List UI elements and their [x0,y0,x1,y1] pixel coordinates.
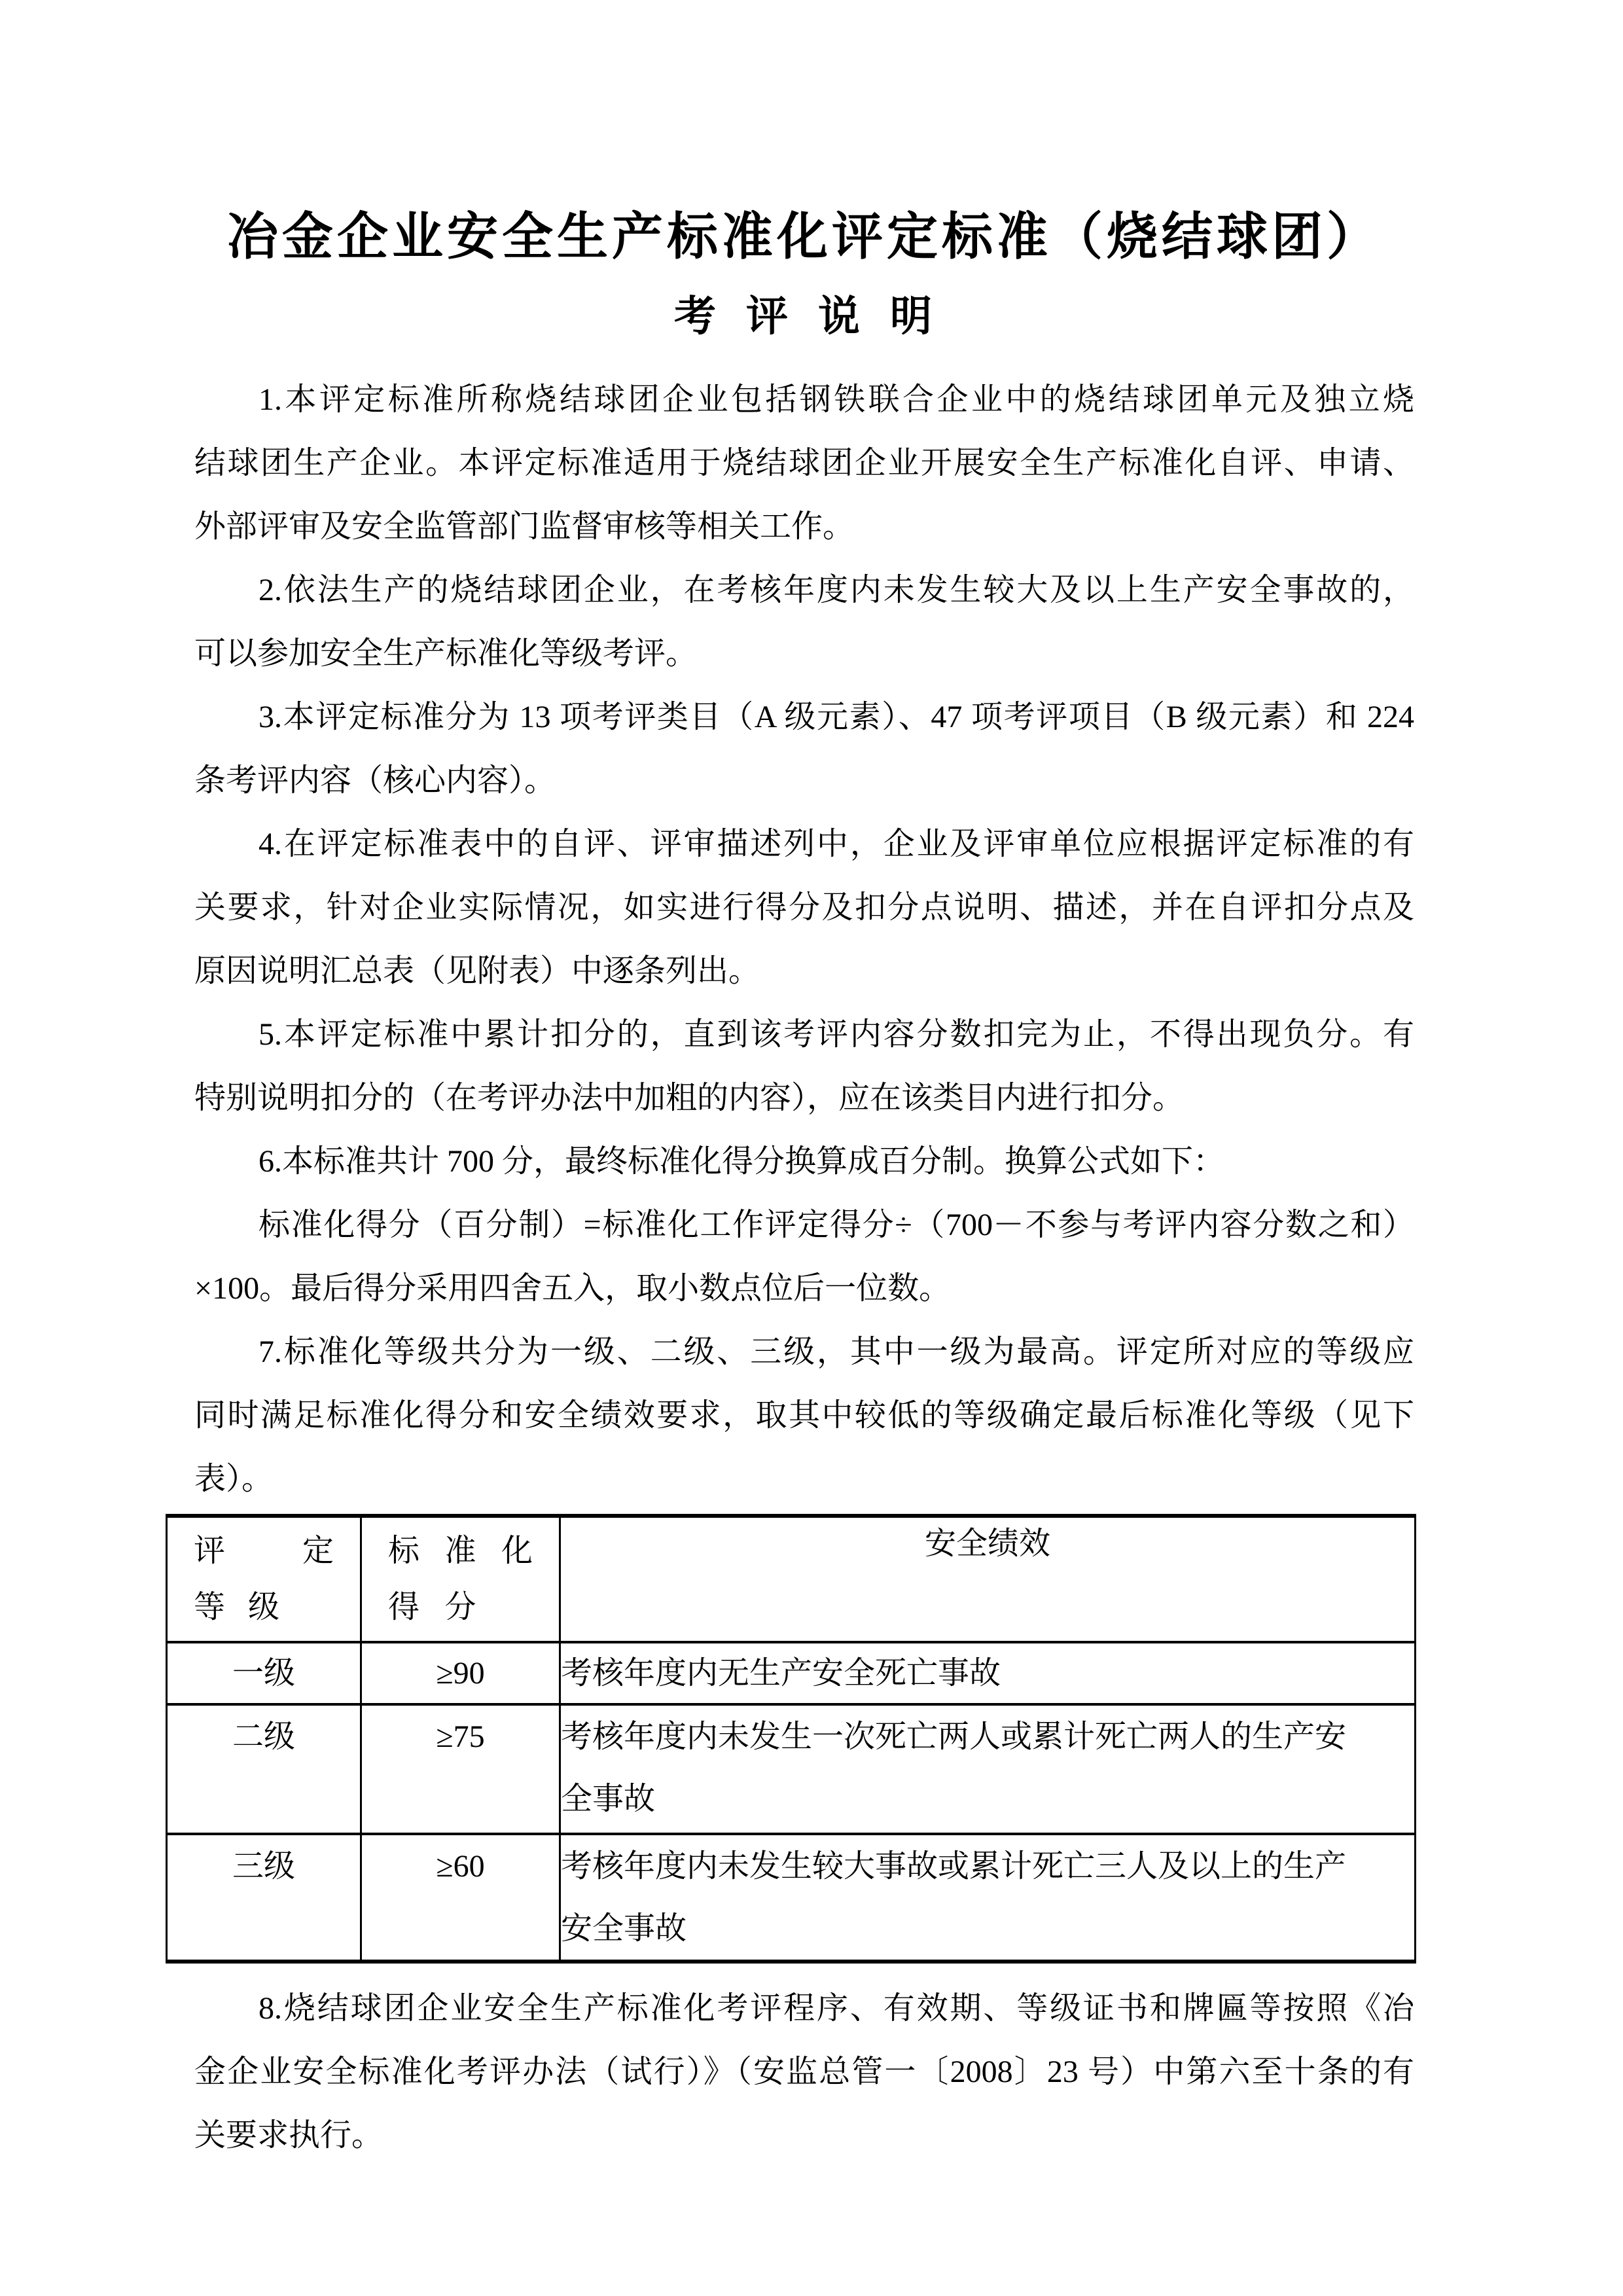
score-text: ≥60 [362,1835,559,1897]
paragraph-line: 原因说明汇总表（见附表）中逐条列出。 [194,939,1414,1003]
header-cell-standard-score: 标准化 得 分 [361,1516,560,1642]
desc-line: 安全事故 [561,1897,1414,1960]
level-cell: 二级 [167,1704,361,1834]
paragraph-line: 关要求执行。 [194,2104,1414,2167]
paragraph-line: 5.本评定标准中累计扣分的，直到该考评内容分数扣完为止，不得出现负分。有 [194,1003,1414,1066]
formula-line: ×100。最后得分采用四舍五入，取小数点位后一位数。 [194,1257,1414,1320]
paragraph-line: 7.标准化等级共分为一级、二级、三级，其中一级为最高。评定所对应的等级应 [194,1320,1414,1384]
table-header-row: 评定 等 级 标准化 得 分 安全绩效 [167,1516,1416,1642]
paragraph-2: 2.依法生产的烧结球团企业，在考核年度内未发生较大及以上生产安全事故的， 可以参… [194,558,1414,685]
paragraph-4: 4.在评定标准表中的自评、评审描述列中，企业及评审单位应根据评定标准的有 关要求… [194,812,1414,1003]
paragraph-line: 1.本评定标准所称烧结球团企业包括钢铁联合企业中的烧结球团单元及独立烧 [194,368,1414,431]
paragraph-7: 7.标准化等级共分为一级、二级、三级，其中一级为最高。评定所对应的等级应 同时满… [194,1320,1414,1511]
paragraph-line: 同时满足标准化得分和安全绩效要求，取其中较低的等级确定最后标准化等级（见下 [194,1384,1414,1447]
score-cell: ≥60 [361,1834,560,1962]
desc-line: 考核年度内无生产安全死亡事故 [561,1643,1414,1703]
page-subtitle: 考 评 说 明 [194,284,1414,350]
table-row: 三级 ≥60 考核年度内未发生较大事故或累计死亡三人及以上的生产 安全事故 [167,1834,1416,1962]
desc-cell: 考核年度内无生产安全死亡事故 [560,1642,1416,1704]
desc-cell: 考核年度内未发生较大事故或累计死亡三人及以上的生产 安全事故 [560,1834,1416,1962]
rating-table: 评定 等 级 标准化 得 分 安全绩效 一级 ≥90 [166,1514,1416,1964]
document-page: 冶金企业安全生产标准化评定标准（烧结球团） 考 评 说 明 1.本评定标准所称烧… [0,0,1623,2296]
paragraph-line: 2.依法生产的烧结球团企业，在考核年度内未发生较大及以上生产安全事故的， [194,558,1414,622]
paragraph-6: 6.本标准共计 700 分，最终标准化得分换算成百分制。换算公式如下： 标准化得… [194,1130,1414,1320]
page-title: 冶金企业安全生产标准化评定标准（烧结球团） [194,200,1414,274]
table-row: 一级 ≥90 考核年度内无生产安全死亡事故 [167,1642,1416,1704]
header-cell-rating-level: 评定 等 级 [167,1516,361,1642]
paragraph-line: 6.本标准共计 700 分，最终标准化得分换算成百分制。换算公式如下： [194,1130,1414,1193]
paragraph-line: 表）。 [194,1447,1414,1511]
score-text: ≥75 [362,1706,559,1768]
score-cell: ≥90 [361,1642,560,1704]
paragraph-3: 3.本评定标准分为 13 项考评类目（A 级元素）、47 项考评项目（B 级元素… [194,685,1414,812]
score-text: ≥90 [362,1643,559,1703]
paragraph-line: 关要求，针对企业实际情况，如实进行得分及扣分点说明、描述，并在自评扣分点及 [194,876,1414,939]
desc-line: 全事故 [561,1768,1414,1830]
paragraph-line: 可以参加安全生产标准化等级考评。 [194,622,1414,685]
level-cell: 一级 [167,1642,361,1704]
paragraph-line: 特别说明扣分的（在考评办法中加粗的内容），应在该类目内进行扣分。 [194,1066,1414,1130]
paragraph-1: 1.本评定标准所称烧结球团企业包括钢铁联合企业中的烧结球团单元及独立烧 结球团生… [194,368,1414,558]
desc-line: 考核年度内未发生较大事故或累计死亡三人及以上的生产 [561,1835,1414,1897]
level-text: 一级 [168,1643,360,1703]
paragraph-line: 8.烧结球团企业安全生产标准化考评程序、有效期、等级证书和牌匾等按照《冶 [194,1977,1414,2040]
paragraph-line: 4.在评定标准表中的自评、评审描述列中，企业及评审单位应根据评定标准的有 [194,812,1414,876]
formula-line: 标准化得分（百分制）=标准化工作评定得分÷（700－不参与考评内容分数之和） [194,1193,1414,1257]
body-text: 1.本评定标准所称烧结球团企业包括钢铁联合企业中的烧结球团单元及独立烧 结球团生… [194,368,1414,2167]
table-row: 二级 ≥75 考核年度内未发生一次死亡两人或累计死亡两人的生产安 全事故 [167,1704,1416,1834]
document-content: 冶金企业安全生产标准化评定标准（烧结球团） 考 评 说 明 1.本评定标准所称烧… [0,0,1623,2167]
header-level-line1: 评定 等 [168,1523,360,1579]
paragraph-line: 3.本评定标准分为 13 项考评类目（A 级元素）、47 项考评项目（B 级元素… [194,685,1414,749]
header-score-line1: 标准化 得 [362,1523,559,1579]
score-cell: ≥75 [361,1704,560,1834]
paragraph-line: 结球团生产企业。本评定标准适用于烧结球团企业开展安全生产标准化自评、申请、 [194,431,1414,495]
paragraph-line: 外部评审及安全监管部门监督审核等相关工作。 [194,495,1414,558]
level-cell: 三级 [167,1834,361,1962]
desc-line: 考核年度内未发生一次死亡两人或累计死亡两人的生产安 [561,1706,1414,1768]
paragraph-line: 条考评内容（核心内容）。 [194,749,1414,812]
paragraph-5: 5.本评定标准中累计扣分的，直到该考评内容分数扣完为止，不得出现负分。有 特别说… [194,1003,1414,1130]
paragraph-8: 8.烧结球团企业安全生产标准化考评程序、有效期、等级证书和牌匾等按照《冶 金企业… [194,1977,1414,2167]
level-text: 三级 [168,1835,360,1897]
level-text: 二级 [168,1706,360,1768]
header-cell-safety-performance: 安全绩效 [560,1516,1416,1642]
paragraph-line: 金企业安全标准化考评办法（试行）》（安监总管一〔2008〕23 号）中第六至十条… [194,2040,1414,2104]
desc-cell: 考核年度内未发生一次死亡两人或累计死亡两人的生产安 全事故 [560,1704,1416,1834]
